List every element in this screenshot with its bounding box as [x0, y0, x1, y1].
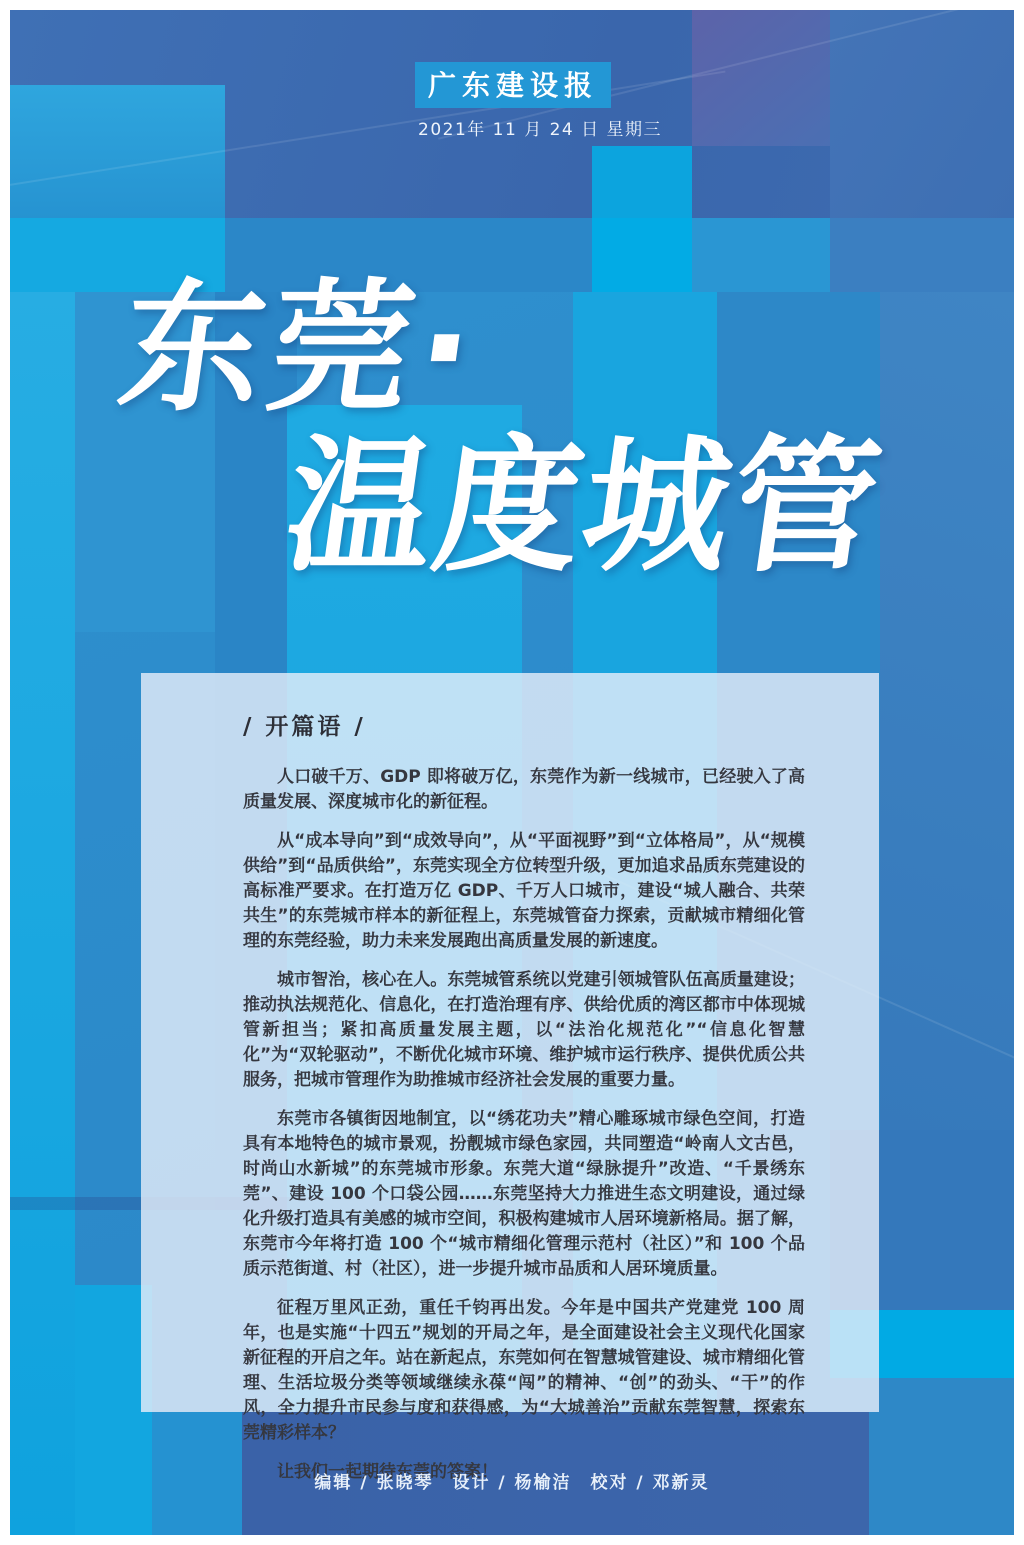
- bg-tile-band2-r1: [692, 218, 830, 292]
- article-paragraph: 东莞市各镇街因地制宜，以“绣花功夫”精心雕琢城市绿色空间，打造具有本地特色的城市…: [243, 1107, 805, 1282]
- page-background: 广东建设报 2021年 11 月 24 日 星期三 东莞· 温度城管 / 开篇语…: [10, 10, 1014, 1535]
- article-paragraph: 从“成本导向”到“成效导向”，从“平面视野”到“立体格局”，从“规模供给”到“品…: [243, 829, 805, 954]
- bg-tile-right-col2: [880, 292, 1014, 1130]
- main-title-line1: 东莞·: [112, 278, 488, 420]
- bg-tile-left-strip: [10, 292, 75, 1535]
- newspaper-page: 广东建设报 2021年 11 月 24 日 星期三 东莞· 温度城管 / 开篇语…: [0, 0, 1024, 1545]
- bg-tile-slate-purple: [692, 10, 830, 146]
- article-panel: / 开篇语 / 人口破千万、GDP 即将破万亿，东莞作为新一线城市，已经驶入了高…: [141, 673, 879, 1412]
- article-paragraph: 城市智治，核心在人。东莞城管系统以党建引领城管队伍高质量建设；推动执法规范化、信…: [243, 968, 805, 1093]
- main-title-line2: 温度城管: [278, 434, 891, 580]
- date-line: 2021年 11 月 24 日 星期三: [418, 115, 662, 140]
- masthead-title-text: 广东建设报: [428, 69, 598, 102]
- bg-tile-cyan-b: [592, 218, 692, 292]
- article-paragraph: 征程万里风正劲，重任千钧再出发。今年是中国共产党建党 100 周年，也是实施“十…: [243, 1296, 805, 1446]
- bg-tile-topleft-light: [10, 85, 225, 218]
- footer-credits: 编辑 / 张晓琴 设计 / 杨榆洁 校对 / 邓新灵: [10, 1468, 1014, 1493]
- article-paragraph: 人口破千万、GDP 即将破万亿，东莞作为新一线城市，已经驶入了高质量发展、深度城…: [243, 765, 805, 815]
- section-label: / 开篇语 /: [243, 708, 805, 741]
- masthead-title: 广东建设报: [415, 62, 611, 108]
- bg-tile-top-right: [830, 10, 1014, 218]
- bg-tile-band2-r2: [830, 218, 1014, 292]
- bg-tile-cyan-a: [592, 146, 692, 218]
